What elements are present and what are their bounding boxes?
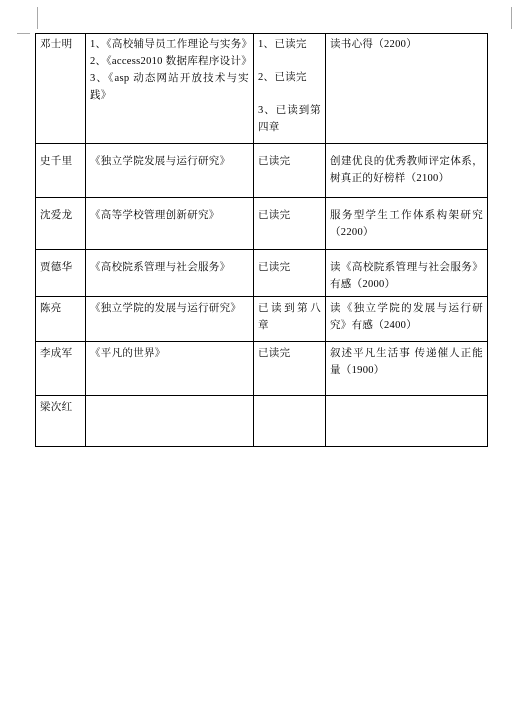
- crop-mark-top-right-vertical: [511, 7, 512, 29]
- table-row: 邓士明 1、《高校辅导员工作理论与实务》 2、《access2010 数据库程序…: [36, 34, 488, 144]
- status-cell: 已读到第八章: [254, 297, 326, 342]
- crop-mark-top-left-vertical: [37, 7, 38, 29]
- status-item: 已读完: [258, 207, 321, 224]
- note-cell: [326, 396, 488, 447]
- note-text: 叙述平凡生活事 传递催人正能量（1900）: [330, 345, 483, 379]
- reader-name: 邓士明: [40, 36, 81, 53]
- reading-record-table: 邓士明 1、《高校辅导员工作理论与实务》 2、《access2010 数据库程序…: [35, 33, 488, 447]
- status-item: 已读完: [258, 153, 321, 170]
- status-cell: 1、已读完 2、已读完 3、已读到第四章: [254, 34, 326, 144]
- name-cell: 梁次红: [36, 396, 86, 447]
- note-cell: 读《独立学院的发展与运行研究》有感（2400）: [326, 297, 488, 342]
- note-text: 服务型学生工作体系构架研究（2200）: [330, 207, 483, 241]
- document-page: { "colors": { "page_background": "#fffff…: [0, 0, 521, 714]
- status-item: 2、已读完: [258, 69, 321, 86]
- books-cell: 《独立学院的发展与运行研究》: [86, 297, 254, 342]
- status-cell: 已读完: [254, 342, 326, 396]
- table-row: 梁次红: [36, 396, 488, 447]
- reader-name: 沈爱龙: [40, 207, 81, 224]
- status-cell: [254, 396, 326, 447]
- note-text: 读《独立学院的发展与运行研究》有感（2400）: [330, 300, 483, 334]
- book-item: 1、《高校辅导员工作理论与实务》: [90, 36, 249, 53]
- status-cell: 已读完: [254, 250, 326, 297]
- books-cell: 《独立学院发展与运行研究》: [86, 144, 254, 198]
- status-cell: 已读完: [254, 198, 326, 250]
- name-cell: 贾德华: [36, 250, 86, 297]
- reader-name: 李成军: [40, 345, 81, 362]
- status-cell: 已读完: [254, 144, 326, 198]
- name-cell: 沈爱龙: [36, 198, 86, 250]
- name-cell: 史千里: [36, 144, 86, 198]
- books-cell: 《高等学校管理创新研究》: [86, 198, 254, 250]
- reader-name: 史千里: [40, 153, 81, 170]
- reader-name: 贾德华: [40, 259, 81, 276]
- name-cell: 邓士明: [36, 34, 86, 144]
- note-cell: 服务型学生工作体系构架研究（2200）: [326, 198, 488, 250]
- books-cell: 1、《高校辅导员工作理论与实务》 2、《access2010 数据库程序设计》 …: [86, 34, 254, 144]
- book-item: 《独立学院的发展与运行研究》: [90, 300, 249, 317]
- status-item: 已读完: [258, 259, 321, 276]
- reader-name: 陈亮: [40, 300, 81, 317]
- book-item: 《高校院系管理与社会服务》: [90, 259, 249, 276]
- status-item: 已读完: [258, 345, 321, 362]
- note-cell: 读书心得（2200）: [326, 34, 488, 144]
- note-text: 创建优良的优秀教师评定体系，树真正的好榜样（2100）: [330, 153, 483, 187]
- note-cell: 叙述平凡生活事 传递催人正能量（1900）: [326, 342, 488, 396]
- book-item: 《平凡的世界》: [90, 345, 249, 362]
- book-item: 《独立学院发展与运行研究》: [90, 153, 249, 170]
- note-cell: 创建优良的优秀教师评定体系，树真正的好榜样（2100）: [326, 144, 488, 198]
- name-cell: 陈亮: [36, 297, 86, 342]
- table-row: 李成军 《平凡的世界》 已读完 叙述平凡生活事 传递催人正能量（1900）: [36, 342, 488, 396]
- note-text: 读《高校院系管理与社会服务》有感（2000）: [330, 259, 483, 293]
- status-item: 已读到第八章: [258, 300, 321, 334]
- books-cell: 《平凡的世界》: [86, 342, 254, 396]
- books-cell: [86, 396, 254, 447]
- crop-mark-top-left-horizontal: [17, 33, 30, 34]
- table-row: 陈亮 《独立学院的发展与运行研究》 已读到第八章 读《独立学院的发展与运行研究》…: [36, 297, 488, 342]
- book-item: 《高等学校管理创新研究》: [90, 207, 249, 224]
- table-row: 沈爱龙 《高等学校管理创新研究》 已读完 服务型学生工作体系构架研究（2200）: [36, 198, 488, 250]
- books-cell: 《高校院系管理与社会服务》: [86, 250, 254, 297]
- note-cell: 读《高校院系管理与社会服务》有感（2000）: [326, 250, 488, 297]
- note-text: 读书心得（2200）: [330, 36, 483, 53]
- table-row: 贾德华 《高校院系管理与社会服务》 已读完 读《高校院系管理与社会服务》有感（2…: [36, 250, 488, 297]
- table-row: 史千里 《独立学院发展与运行研究》 已读完 创建优良的优秀教师评定体系，树真正的…: [36, 144, 488, 198]
- status-item: 3、已读到第四章: [258, 102, 321, 136]
- book-item: 3、《asp 动态网站开放技术与实践》: [90, 70, 249, 104]
- reader-name: 梁次红: [40, 399, 81, 416]
- book-item: 2、《access2010 数据库程序设计》: [90, 53, 249, 70]
- name-cell: 李成军: [36, 342, 86, 396]
- status-item: 1、已读完: [258, 36, 321, 53]
